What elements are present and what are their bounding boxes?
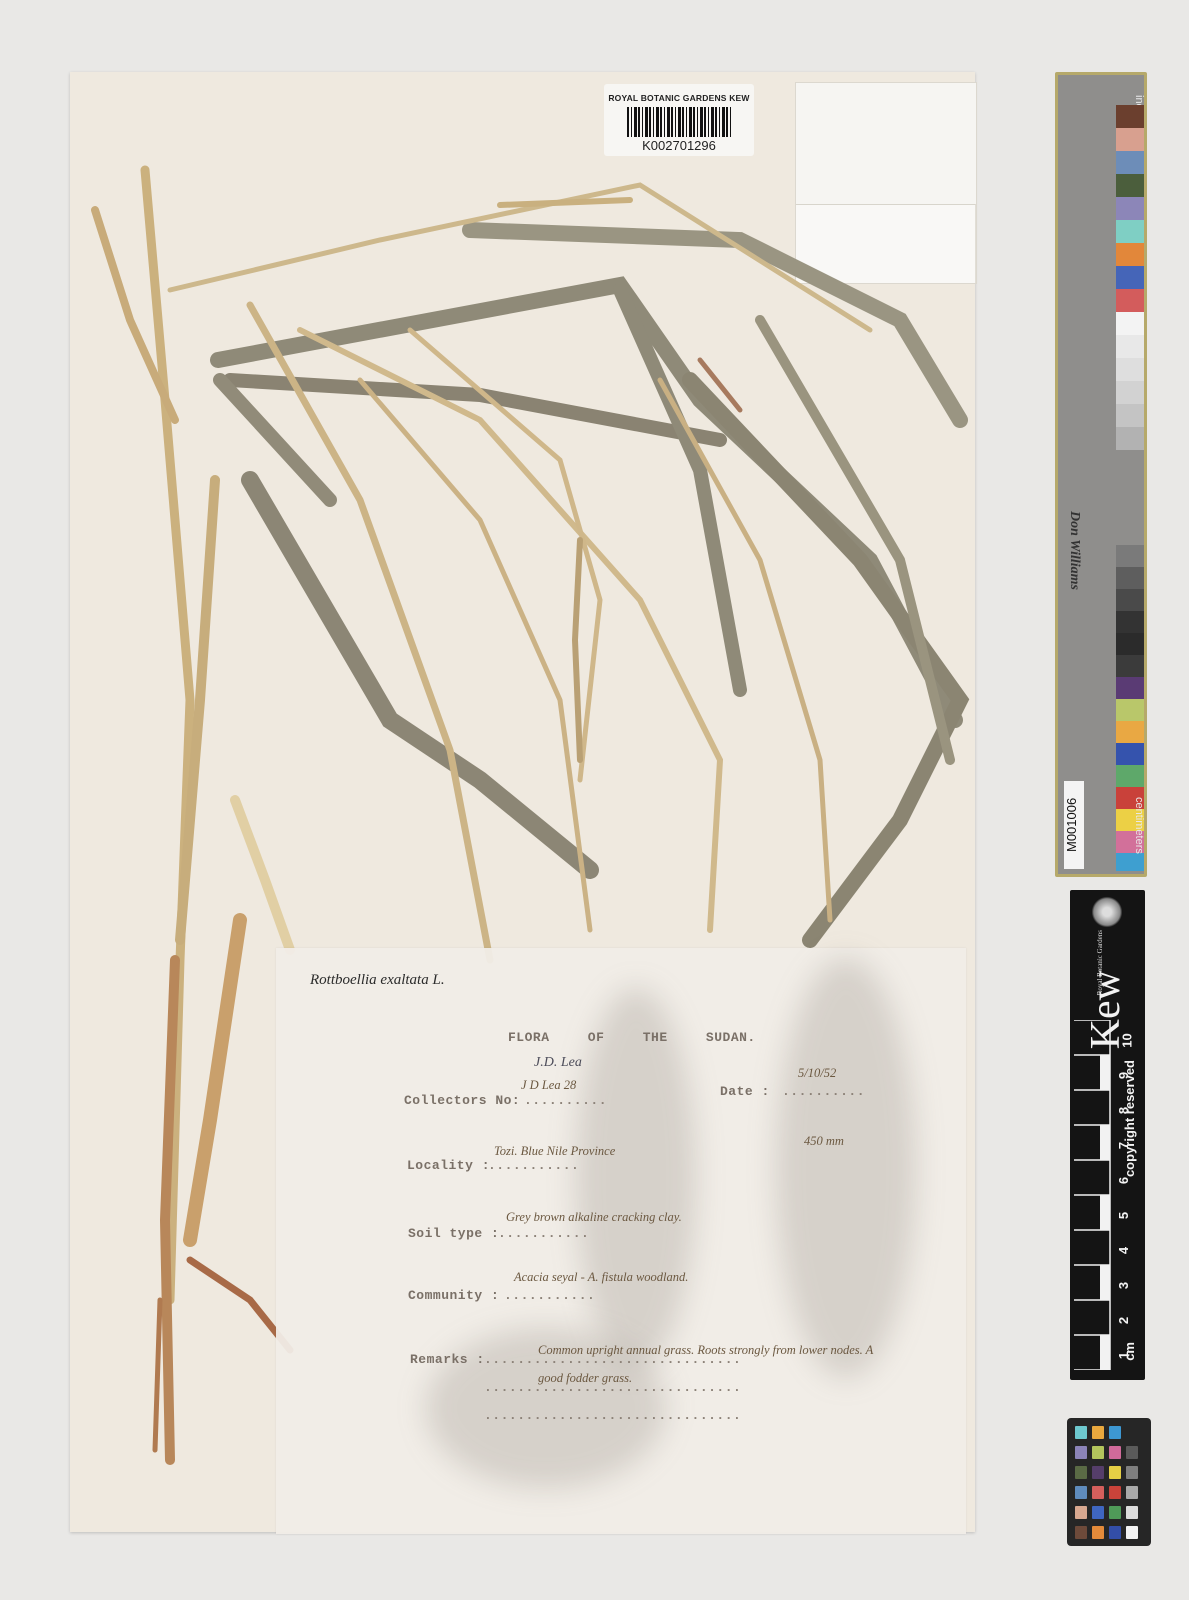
color-patch xyxy=(1109,1506,1121,1519)
color-patch xyxy=(1109,1466,1121,1479)
ruler-brand: Don Williams xyxy=(1066,511,1082,590)
scale-number: 5 xyxy=(1116,1212,1131,1219)
field-value-locality: Tozi. Blue Nile Province xyxy=(494,1144,615,1159)
ruler-code: M001006 xyxy=(1064,781,1084,869)
gray-swatch xyxy=(1116,427,1144,450)
color-swatch xyxy=(1116,721,1144,743)
color-patch xyxy=(1109,1426,1121,1439)
gray-swatch xyxy=(1116,335,1144,358)
cm-scale xyxy=(1074,1020,1112,1370)
scale-number: 2 xyxy=(1116,1317,1131,1324)
color-swatch xyxy=(1116,128,1144,151)
gray-swatch xyxy=(1116,655,1144,677)
color-density-ruler: inches Don Williams M001006 centimeters xyxy=(1055,72,1147,877)
field-value-rainfall: 450 mm xyxy=(804,1134,844,1149)
color-patch xyxy=(1092,1446,1104,1459)
dotted-line: .......... xyxy=(524,1093,607,1108)
color-patch xyxy=(1092,1426,1104,1439)
color-patch xyxy=(1075,1446,1087,1459)
color-swatch xyxy=(1116,243,1144,266)
field-value-soil-type: Grey brown alkaline cracking clay. xyxy=(506,1210,682,1225)
scale-number: 6 xyxy=(1116,1177,1131,1184)
color-patch xyxy=(1109,1446,1121,1459)
scale-number: 10 xyxy=(1120,1033,1135,1047)
dotted-line: ........... xyxy=(504,1288,595,1303)
color-patch xyxy=(1092,1486,1104,1499)
color-patch xyxy=(1075,1506,1087,1519)
field-value-collectors-no: J D Lea 28 xyxy=(521,1078,576,1093)
dotted-line: ........... xyxy=(498,1226,589,1241)
color-patch xyxy=(1126,1506,1138,1519)
color-swatch xyxy=(1116,266,1144,289)
color-patch xyxy=(1075,1466,1087,1479)
field-value-community: Acacia seyal - A. fistula woodland. xyxy=(514,1270,688,1285)
collection-label: Rottboellia exaltata L. FLORA OF THE SUD… xyxy=(276,948,966,1534)
determination-name: Rottboellia exaltata L. xyxy=(310,972,445,989)
label-title: FLORA OF THE SUDAN. xyxy=(508,1030,756,1045)
kew-scale-bar: Royal Botanic Gardens Kew 10 9 8 7 6 5 4… xyxy=(1070,890,1145,1380)
gray-swatch xyxy=(1116,358,1144,381)
scale-number: 3 xyxy=(1116,1282,1131,1289)
field-label-collectors-no: Collectors No: xyxy=(404,1093,520,1108)
color-swatch xyxy=(1116,853,1144,871)
gray-swatch xyxy=(1116,611,1144,633)
color-patch xyxy=(1109,1486,1121,1499)
kew-crest-icon xyxy=(1092,896,1122,928)
gray-swatch xyxy=(1116,567,1144,589)
color-swatch xyxy=(1116,743,1144,765)
gray-swatch xyxy=(1116,633,1144,655)
color-patch xyxy=(1109,1526,1121,1539)
color-patch xyxy=(1092,1466,1104,1479)
color-patch xyxy=(1075,1426,1087,1439)
field-value-remarks: Common upright annual grass. Roots stron… xyxy=(538,1336,878,1392)
color-patch xyxy=(1075,1526,1087,1539)
field-label-soil-type: Soil type : xyxy=(408,1226,499,1241)
color-patch xyxy=(1126,1526,1138,1539)
color-patch xyxy=(1092,1526,1104,1539)
field-value-date: 5/10/52 xyxy=(798,1066,836,1081)
ruler-cm-label: centimeters xyxy=(1133,797,1145,854)
dotted-line: .......... xyxy=(782,1084,865,1099)
dotted-line: ........... xyxy=(488,1158,579,1173)
color-patch xyxy=(1092,1506,1104,1519)
color-patch xyxy=(1126,1486,1138,1499)
color-checker-chart xyxy=(1067,1418,1151,1546)
color-patch xyxy=(1126,1446,1138,1459)
gray-swatch xyxy=(1116,381,1144,404)
gray-swatch xyxy=(1116,312,1144,335)
color-swatch xyxy=(1116,765,1144,787)
color-swatch xyxy=(1116,677,1144,699)
field-label-date: Date : xyxy=(720,1084,770,1099)
field-label-remarks: Remarks : xyxy=(410,1352,485,1367)
kew-copyright: copyright reserved xyxy=(1122,1060,1137,1177)
color-swatch xyxy=(1116,220,1144,243)
color-swatch xyxy=(1116,174,1144,197)
color-swatch xyxy=(1116,151,1144,174)
gray-swatch xyxy=(1116,545,1144,567)
collector-name: J.D. Lea xyxy=(534,1055,582,1071)
color-patch xyxy=(1126,1466,1138,1479)
color-swatch xyxy=(1116,105,1144,128)
dotted-line: ............................... xyxy=(484,1408,741,1423)
gray-swatch xyxy=(1116,589,1144,611)
color-patch xyxy=(1075,1486,1087,1499)
field-label-locality: Locality : xyxy=(407,1158,490,1173)
color-swatch xyxy=(1116,289,1144,312)
gray-swatch xyxy=(1116,404,1144,427)
scale-number: 4 xyxy=(1116,1247,1131,1254)
kew-unit: cm xyxy=(1122,1342,1137,1361)
color-swatch xyxy=(1116,197,1144,220)
field-label-community: Community : xyxy=(408,1288,499,1303)
color-swatch xyxy=(1116,699,1144,721)
